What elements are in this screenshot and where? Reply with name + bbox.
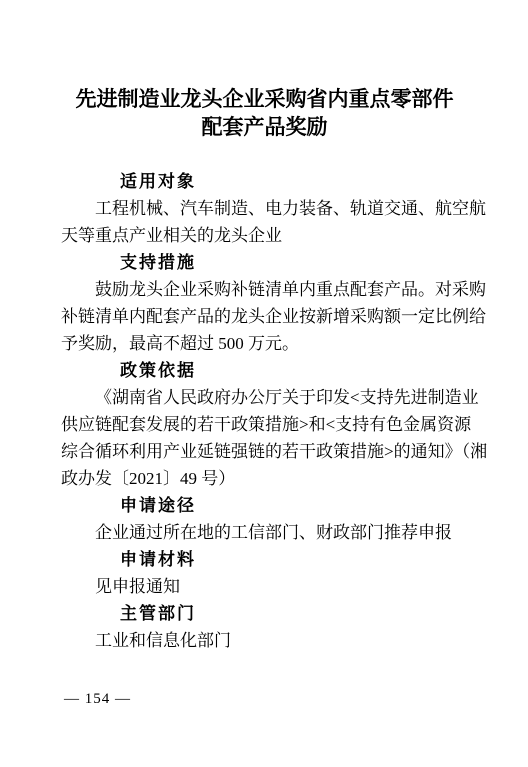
body-line: 供应链配套发展的若干政策措施>和<支持有色金属资源 [61,411,468,438]
title-line-1: 先进制造业龙头企业采购省内重点零部件 [61,86,468,114]
body-line: 工程机械、汽车制造、电力装备、轨道交通、航空航 [61,195,468,222]
page-number: — 154 — [64,691,131,708]
section-heading-applicable-targets: 适用对象 [61,168,468,195]
body-line: 予奖励，最高不超过 500 万元。 [61,330,468,357]
section-heading-policy-basis: 政策依据 [61,357,468,384]
document-title: 先进制造业龙头企业采购省内重点零部件 配套产品奖励 [61,86,468,142]
body-line: 见申报通知 [61,573,468,600]
section-heading-application-materials: 申请材料 [61,546,468,573]
body-line: 补链清单内配套产品的龙头企业按新增采购额一定比例给 [61,303,468,330]
body-line: 工业和信息化部门 [61,627,468,654]
section-heading-support-measures: 支持措施 [61,249,468,276]
body-line: 企业通过所在地的工信部门、财政部门推荐申报 [61,519,468,546]
body-line: 综合循环利用产业延链强链的若干政策措施>的通知》（湘 [61,438,468,465]
body-line: 政办发〔2021〕49 号） [61,465,468,492]
document-body: 适用对象 工程机械、汽车制造、电力装备、轨道交通、航空航 天等重点产业相关的龙头… [61,168,468,654]
section-heading-application-channel: 申请途径 [61,492,468,519]
section-heading-competent-department: 主管部门 [61,600,468,627]
title-line-2: 配套产品奖励 [61,114,468,142]
body-line: 鼓励龙头企业采购补链清单内重点配套产品。对采购 [61,276,468,303]
document-page: 先进制造业龙头企业采购省内重点零部件 配套产品奖励 适用对象 工程机械、汽车制造… [0,0,528,767]
body-line: 《湖南省人民政府办公厅关于印发<支持先进制造业 [61,384,468,411]
body-line: 天等重点产业相关的龙头企业 [61,222,468,249]
